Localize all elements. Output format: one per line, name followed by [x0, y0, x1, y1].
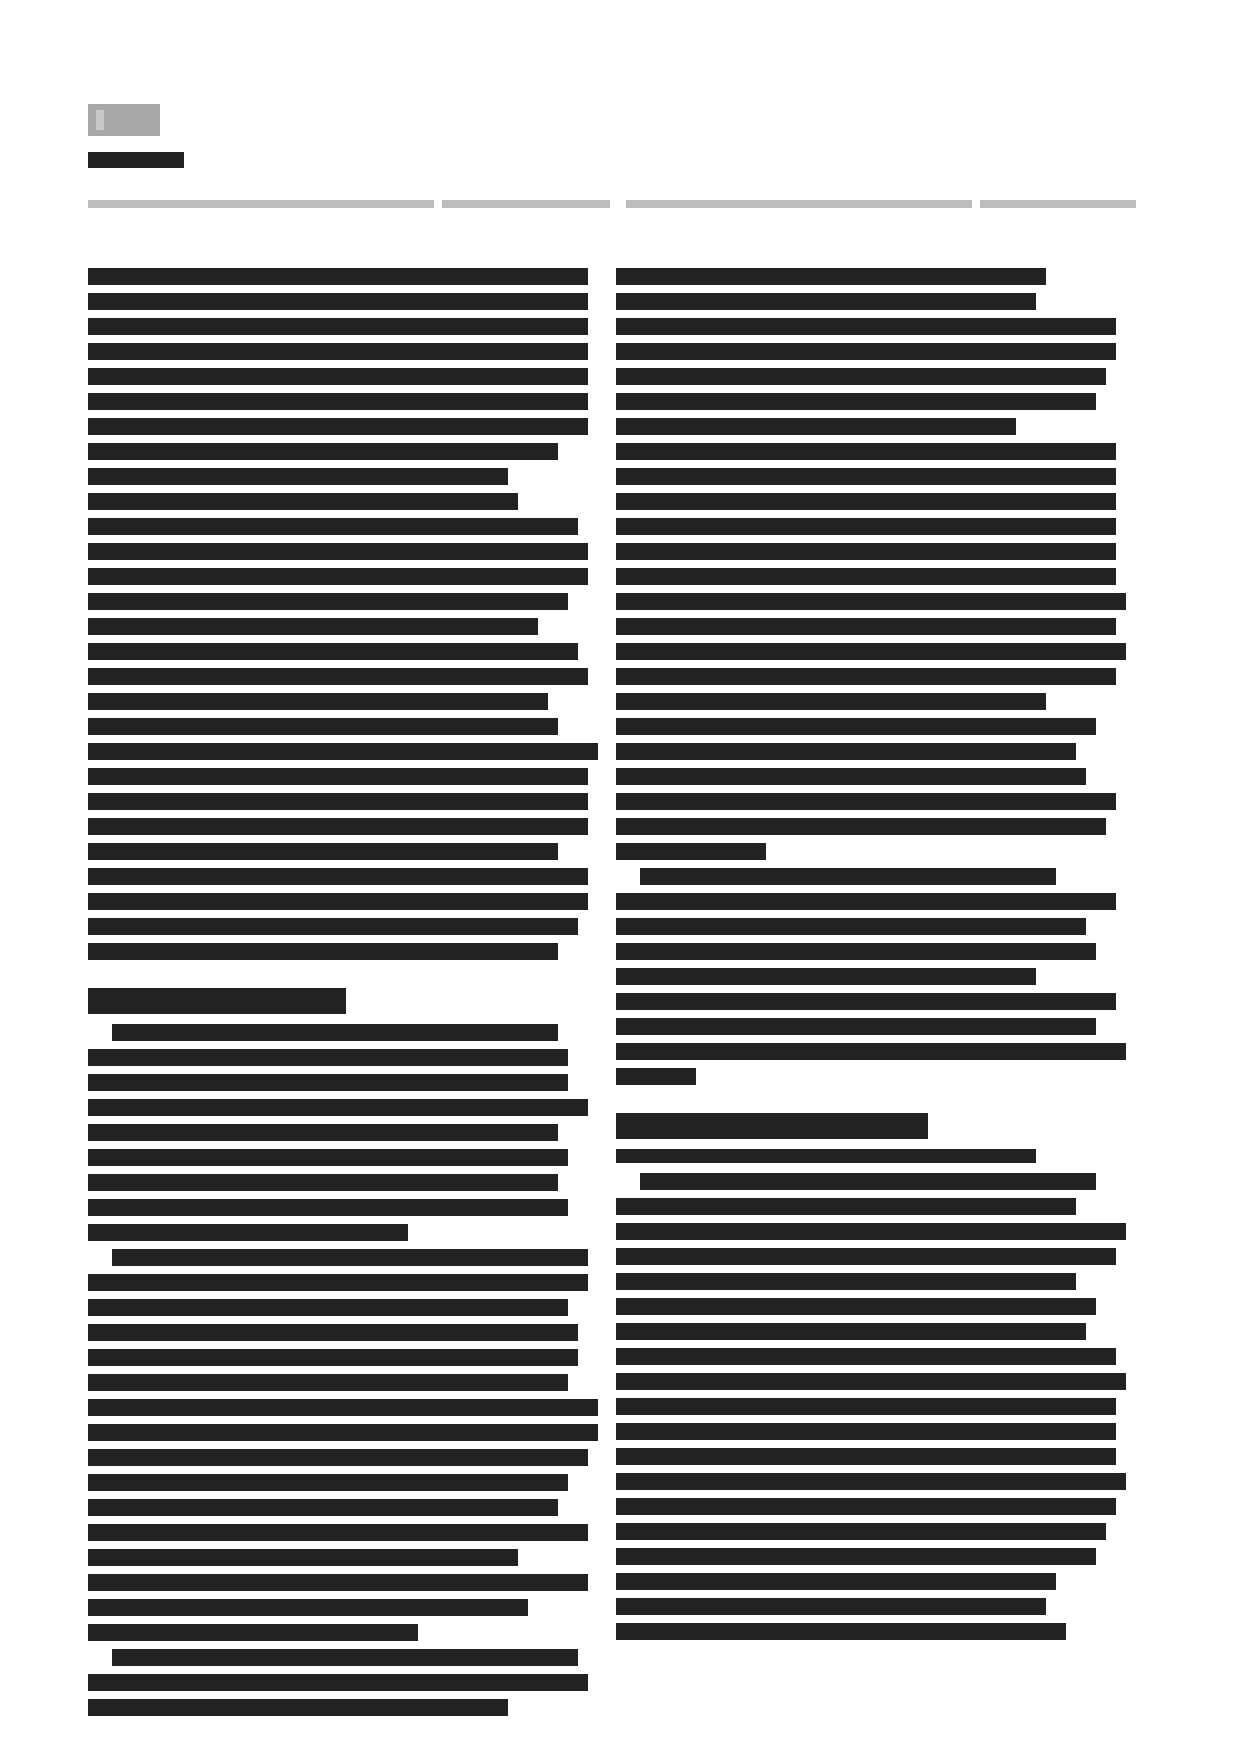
header-rule: [88, 200, 434, 208]
redacted-text-line: [616, 1298, 1096, 1315]
redacted-text-line: [88, 318, 588, 335]
redacted-text-line: [88, 268, 588, 285]
redacted-text-line: [88, 668, 588, 685]
redacted-text-line: [616, 1223, 1126, 1240]
header-rule: [980, 200, 1136, 208]
redacted-text-line: [616, 643, 1126, 660]
redacted-text-line: [616, 1548, 1096, 1565]
redacted-text-line: [616, 1273, 1076, 1290]
redacted-text-line: [616, 968, 1036, 985]
left-column: [88, 268, 608, 1724]
redacted-text-line: [88, 1174, 558, 1191]
redacted-text-line: [616, 1448, 1116, 1465]
redacted-text-line: [112, 1024, 558, 1041]
redacted-text-line: [88, 693, 548, 710]
redacted-text-line: [88, 843, 558, 860]
redacted-text-line: [616, 1018, 1096, 1035]
redacted-text-line: [88, 1549, 518, 1566]
redacted-text-line: [616, 543, 1116, 560]
redacted-text-line: [88, 1224, 408, 1241]
redacted-text-line: [88, 818, 588, 835]
redacted-text-line: [88, 543, 588, 560]
redacted-text-line: [616, 443, 1116, 460]
redacted-text-line: [640, 1173, 1096, 1190]
redacted-text-line: [616, 743, 1076, 760]
section-heading: [616, 1113, 928, 1139]
redacted-text-line: [88, 443, 558, 460]
header-rule: [626, 200, 972, 208]
redacted-text-line: [112, 1249, 588, 1266]
redacted-text-line: [616, 368, 1106, 385]
redacted-text-line: [88, 1399, 598, 1416]
redacted-text-line: [616, 618, 1116, 635]
redacted-text-line: [88, 1074, 568, 1091]
redacted-text-line: [88, 1049, 568, 1066]
redacted-text-line: [88, 1474, 568, 1491]
redacted-text-line: [616, 1323, 1086, 1340]
redacted-text-line: [616, 1498, 1116, 1515]
redacted-text-line: [88, 368, 588, 385]
redacted-text-line: [88, 943, 558, 960]
redacted-text-line: [88, 743, 598, 760]
redacted-text-line: [88, 468, 508, 485]
redacted-text-line: [88, 393, 588, 410]
redacted-text-line: [616, 918, 1086, 935]
redacted-text-line: [88, 1374, 568, 1391]
redacted-text-line: [616, 268, 1046, 285]
redacted-text-line: [616, 668, 1116, 685]
redacted-text-line: [88, 1149, 568, 1166]
redacted-text-line: [88, 868, 588, 885]
redacted-text-line: [616, 318, 1116, 335]
redacted-text-line: [616, 1623, 1066, 1640]
redacted-text-line: [616, 1248, 1116, 1265]
redacted-text-line: [616, 718, 1096, 735]
redacted-text-line: [616, 818, 1106, 835]
redacted-text-line: [616, 593, 1126, 610]
redacted-text-line: [616, 393, 1096, 410]
redacted-text-line: [88, 518, 578, 535]
redacted-text-line: [616, 943, 1096, 960]
right-column: [616, 268, 1136, 1648]
running-head: [88, 152, 184, 168]
redacted-text-line: [88, 593, 568, 610]
redacted-text-line: [616, 993, 1116, 1010]
redacted-text-line: [112, 1649, 578, 1666]
redacted-text-line: [88, 493, 518, 510]
redacted-text-line: [88, 718, 558, 735]
redacted-text-line: [88, 1299, 568, 1316]
redacted-text-line: [616, 843, 766, 860]
section-subheading: [616, 1149, 1036, 1163]
redacted-text-line: [616, 768, 1086, 785]
redacted-text-line: [88, 618, 538, 635]
redacted-text-line: [616, 1198, 1076, 1215]
redacted-text-line: [88, 1499, 558, 1516]
redacted-text-line: [88, 1349, 578, 1366]
redacted-text-line: [88, 1274, 588, 1291]
page-number: [88, 104, 160, 136]
redacted-text-line: [616, 1398, 1116, 1415]
redacted-text-line: [616, 468, 1116, 485]
redacted-text-line: [616, 568, 1116, 585]
redacted-text-line: [88, 343, 588, 360]
redacted-text-line: [88, 568, 588, 585]
redacted-text-line: [88, 418, 588, 435]
redacted-text-line: [88, 1599, 528, 1616]
redacted-text-line: [88, 793, 588, 810]
redacted-text-line: [616, 1473, 1126, 1490]
redacted-text-line: [616, 693, 1046, 710]
redacted-text-line: [640, 868, 1056, 885]
redacted-text-line: [616, 893, 1116, 910]
redacted-text-line: [88, 918, 578, 935]
redacted-text-line: [88, 1124, 558, 1141]
redacted-text-line: [88, 1624, 418, 1641]
redacted-text-line: [616, 1068, 696, 1085]
redacted-text-line: [616, 1598, 1046, 1615]
section-heading: [88, 988, 346, 1014]
redacted-text-line: [616, 1348, 1116, 1365]
redacted-text-line: [88, 1324, 578, 1341]
redacted-text-line: [88, 1524, 588, 1541]
redacted-text-line: [616, 293, 1036, 310]
redacted-text-line: [88, 1674, 588, 1691]
redacted-text-line: [88, 643, 578, 660]
redacted-text-line: [616, 1423, 1116, 1440]
redacted-text-line: [616, 518, 1116, 535]
redacted-text-line: [88, 893, 588, 910]
redacted-text-line: [616, 493, 1116, 510]
redacted-text-line: [616, 793, 1116, 810]
redacted-text-line: [616, 418, 1016, 435]
redacted-text-line: [88, 1449, 588, 1466]
redacted-text-line: [88, 1099, 588, 1116]
redacted-text-line: [88, 768, 588, 785]
redacted-text-line: [88, 1574, 588, 1591]
redacted-text-line: [616, 1573, 1056, 1590]
redacted-text-line: [88, 1699, 508, 1716]
redacted-text-line: [616, 1373, 1126, 1390]
header-rule: [442, 200, 610, 208]
redacted-text-line: [616, 343, 1116, 360]
redacted-text-line: [88, 293, 588, 310]
redacted-text-line: [88, 1199, 568, 1216]
redacted-text-line: [616, 1523, 1106, 1540]
redacted-text-line: [88, 1424, 598, 1441]
redacted-text-line: [616, 1043, 1126, 1060]
